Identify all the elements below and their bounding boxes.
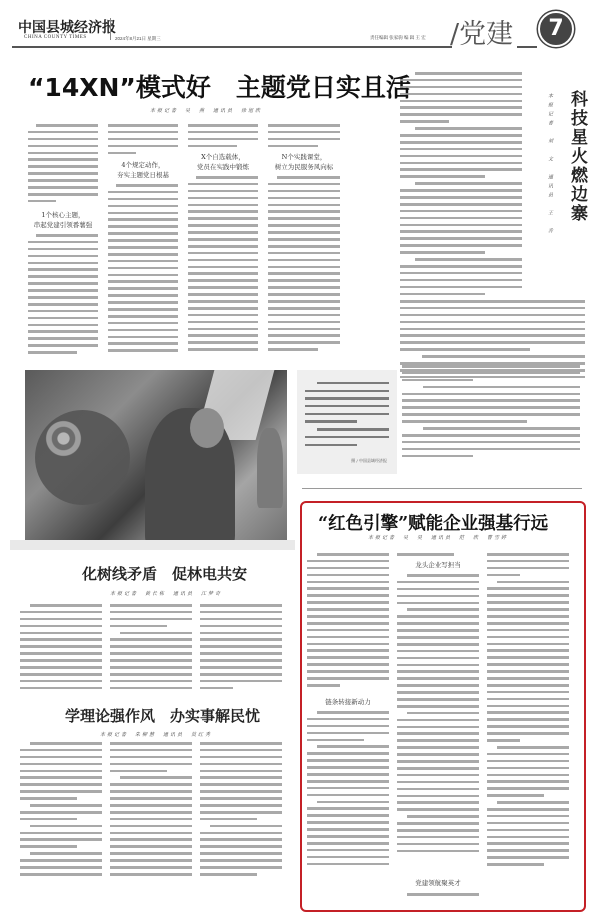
theory-article-headline: 学理论强作风 办实事解民忧	[65, 705, 260, 726]
section-title: /党建	[450, 12, 513, 51]
tree-column-2	[110, 604, 192, 694]
tree-article-headline: 化树线矛盾 促林电共安	[82, 563, 247, 584]
lead-column-1	[28, 124, 98, 207]
lead-column-2	[108, 124, 178, 158]
theory-column-3	[200, 742, 282, 880]
red-engine-column-1	[307, 553, 389, 691]
photo-caption-box: 摄 / 中国县域经济报	[297, 370, 397, 474]
issue-date: 2024年8月21日 星期三	[115, 36, 161, 42]
masthead-separator	[110, 18, 111, 40]
photo-credit: 摄 / 中国县域经济报	[351, 458, 387, 464]
theory-column-1	[20, 742, 102, 880]
tech-article-column-1	[400, 72, 522, 299]
tree-article-byline: 本报记者 黄长栋 通讯员 江梦奇	[110, 590, 222, 597]
lead-column-3b	[188, 176, 258, 355]
lead-subhead-4: N个实践课堂， 树立为民服务风向标	[268, 152, 340, 172]
red-engine-subhead-3: 党建领航聚英才	[397, 878, 479, 888]
lead-column-4	[268, 124, 340, 152]
page-number-badge: 7	[538, 11, 574, 47]
theory-article-byline: 本报记者 朱柳慧 通讯员 莫红秀	[100, 731, 212, 738]
vineyard-photo	[25, 370, 287, 550]
tech-article-byline: 本报记者 刘 文 通讯员 王 乔	[547, 93, 554, 237]
newspaper-name-english: CHINA COUNTY TIMES	[24, 35, 87, 40]
photo-person-background	[257, 428, 283, 508]
lead-column-4b	[268, 176, 340, 355]
section-divider	[302, 488, 582, 489]
photo-bottom-band	[10, 540, 295, 550]
red-engine-column-2c	[397, 893, 479, 900]
photo-grapes	[35, 410, 130, 505]
lead-column-2b	[108, 184, 178, 356]
red-engine-subhead-2: 链条转接新动力	[307, 697, 389, 707]
red-engine-headline: “红色引擎”赋能企业强基行远	[318, 510, 548, 535]
lead-byline: 本报记者 吴 燕 通讯员 徐旭欣	[150, 107, 262, 114]
red-engine-column-2b	[397, 574, 479, 857]
red-engine-byline: 本报记者 吴 昊 通讯员 范 欣 曹雪婷	[368, 534, 508, 541]
lead-headline: “14XN”模式好 主题党日实且活	[28, 68, 411, 104]
lead-subhead-2: 4个规定动作， 夯实主题党日根基	[108, 160, 178, 180]
lead-column-1b	[28, 234, 98, 358]
lead-column-3	[188, 124, 258, 152]
theory-column-2	[110, 742, 192, 880]
newspaper-logo: 中国县城经济报	[18, 17, 116, 37]
masthead-rule	[12, 46, 452, 48]
tech-article-headline: 科技星火燃边寨	[565, 90, 590, 223]
red-engine-column-1b	[307, 711, 389, 869]
editors-credit: 责任编辑 张家驹 编 辑 王 宏	[370, 35, 426, 41]
photo-person-head	[190, 408, 224, 448]
red-engine-subhead-1: 龙头企业写担当	[397, 560, 479, 570]
red-engine-column-3	[487, 553, 569, 870]
lead-subhead-3: X个自选载体， 党员在实践中锻炼	[188, 152, 258, 172]
tech-article-column-3	[402, 365, 580, 461]
tree-column-1	[20, 604, 102, 694]
section-rule	[517, 46, 537, 48]
lead-subhead-1: 1个核心主题， 串起党建引领番薯强	[28, 210, 98, 230]
red-engine-column-2	[397, 553, 479, 560]
tree-column-3	[200, 604, 282, 694]
